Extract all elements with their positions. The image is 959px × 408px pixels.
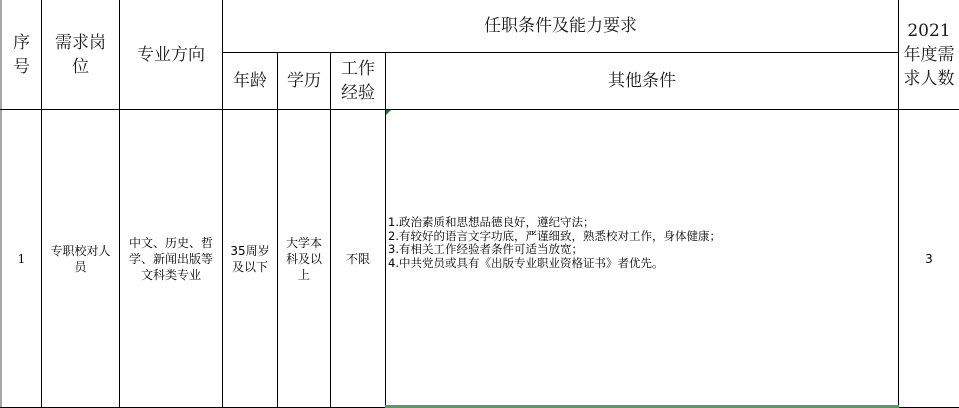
header-seq-line2: 号 — [13, 55, 30, 79]
education-line2: 科及以 — [286, 251, 322, 267]
cell-age[interactable]: 35周岁 及以下 — [223, 110, 277, 407]
condition-item: 4.中共党员或具有《出版专业职业资格证书》者优先。 — [388, 257, 721, 271]
header-demand-line2: 年度需 — [904, 43, 955, 67]
header-other-label: 其他条件 — [608, 69, 676, 93]
header-requirements-label: 任职条件及能力要求 — [484, 14, 637, 38]
cell-position[interactable]: 专职校对人 员 — [42, 110, 119, 407]
header-experience-line2: 经验 — [341, 81, 375, 105]
header-seq-line1: 序 — [13, 31, 30, 55]
seq-value: 1 — [18, 251, 26, 267]
demand-value: 3 — [925, 251, 933, 267]
age-line1: 35周岁 — [230, 243, 269, 259]
position-line2: 员 — [50, 259, 110, 275]
header-position-line1: 需求岗 — [55, 31, 106, 55]
header-major[interactable]: 专业方向 — [120, 0, 222, 109]
header-experience[interactable]: 工作 经验 — [331, 53, 385, 109]
cell-major[interactable]: 中文、历史、哲 学、新闻出版等 文科类专业 — [120, 110, 222, 407]
header-education[interactable]: 学历 — [278, 53, 330, 109]
header-experience-line1: 工作 — [341, 57, 375, 81]
header-position-line2: 位 — [55, 55, 106, 79]
condition-item: 1.政治素质和思想品德良好，遵纪守法； — [388, 216, 721, 230]
header-education-label: 学历 — [287, 69, 321, 93]
major-line1: 中文、历史、哲 — [129, 235, 213, 251]
education-line3: 上 — [286, 267, 322, 283]
header-seq[interactable]: 序 号 — [2, 0, 41, 109]
header-demand-line3: 求人数 — [904, 67, 955, 91]
other-conditions-list: 1.政治素质和思想品德良好，遵纪守法； 2.有较好的语言文字功底，严谨细致，熟悉… — [388, 216, 721, 270]
header-demand[interactable]: 2021 年度需 求人数 — [899, 0, 959, 109]
age-line2: 及以下 — [230, 259, 269, 275]
major-line2: 学、新闻出版等 — [129, 251, 213, 267]
cell-seq[interactable]: 1 — [2, 110, 41, 407]
experience-value: 不限 — [346, 251, 370, 267]
header-requirements-group[interactable]: 任职条件及能力要求 — [223, 0, 898, 52]
cell-experience[interactable]: 不限 — [331, 110, 385, 407]
major-line3: 文科类专业 — [129, 267, 213, 283]
education-line1: 大学本 — [286, 235, 322, 251]
header-age[interactable]: 年龄 — [223, 53, 277, 109]
condition-item: 3.有相关工作经验者条件可适当放宽； — [388, 243, 721, 257]
header-other-conditions[interactable]: 其他条件 — [386, 53, 898, 109]
condition-item: 2.有较好的语言文字功底，严谨细致，熟悉校对工作，身体健康； — [388, 230, 721, 244]
header-position[interactable]: 需求岗 位 — [42, 0, 119, 109]
cell-education[interactable]: 大学本 科及以 上 — [278, 110, 330, 407]
cell-demand[interactable]: 3 — [899, 110, 959, 407]
header-major-label: 专业方向 — [137, 43, 205, 67]
spreadsheet-table: 序 号 需求岗 位 专业方向 任职条件及能力要求 年龄 学历 工作 经验 其他条… — [0, 0, 959, 408]
header-age-label: 年龄 — [233, 69, 267, 93]
header-demand-year: 2021 — [904, 19, 955, 43]
comment-indicator-icon[interactable] — [386, 110, 391, 115]
position-line1: 专职校对人 — [50, 243, 110, 259]
